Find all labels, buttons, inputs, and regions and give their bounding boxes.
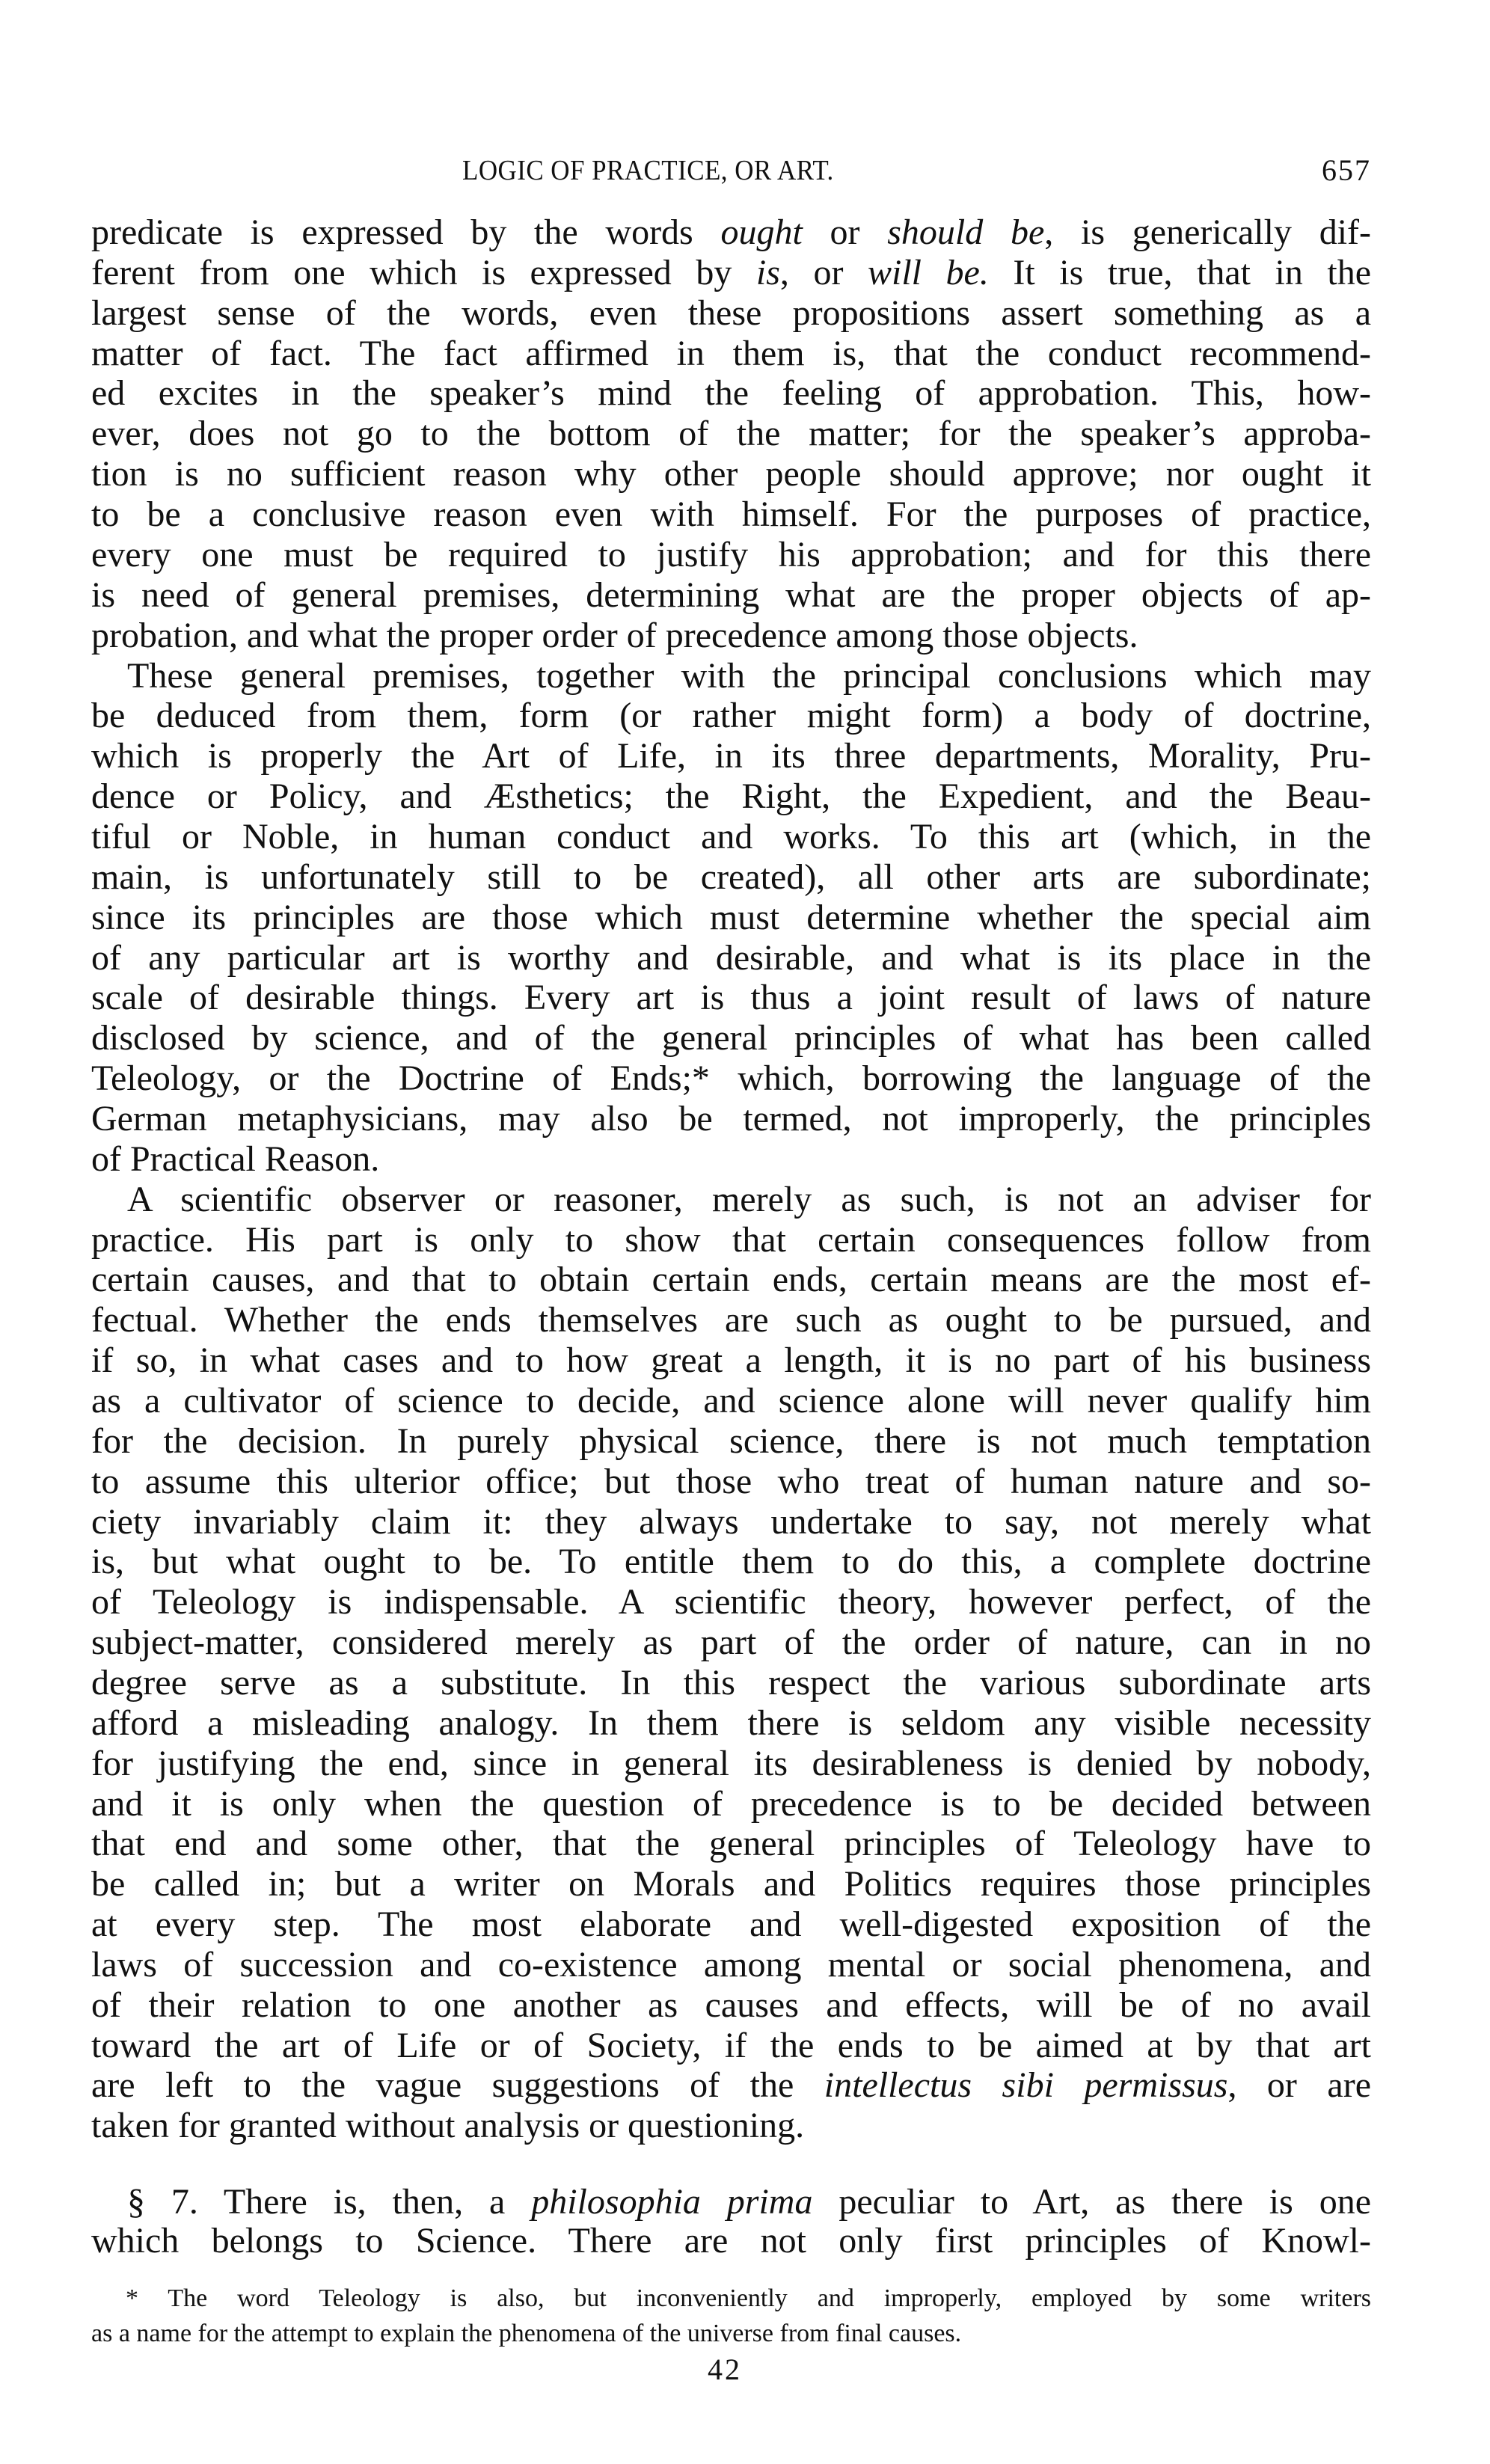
text-line: certain causes, and that to obtain certa… [91,1260,1371,1300]
text-line: predicate is expressed by the words ough… [91,212,1371,253]
text-run: ferent from one which is expressed by [91,253,756,292]
text-line: scale of desirable things. Every art is … [91,978,1371,1018]
text-line: These general premises, together with th… [127,656,1371,696]
text-line: ever, does not go to the bottom of the m… [91,414,1371,454]
text-line: main, is unfortunately still to be creat… [91,857,1371,898]
text-line: dence or Policy, and Æsthetics; the Righ… [91,776,1371,817]
section-mark-run: § 7. There is, then, a [127,2182,531,2222]
text-run: , or are [1227,2065,1371,2105]
text-line: A scientific observer or reasoner, merel… [127,1180,1371,1220]
text-line: for the decision. In purely physical sci… [91,1421,1371,1462]
text-run: peculiar to Art, as there is one [812,2182,1371,2222]
text-line: ciety invariably claim it: they always u… [91,1502,1371,1542]
text-line: disclosed by science, and of the general… [91,1018,1371,1058]
text-line: tiful or Noble, in human conduct and wor… [91,817,1371,857]
text-line: practice. His part is only to show that … [91,1220,1371,1260]
italic-run: should be [887,212,1044,252]
text-line: taken for granted without analysis or qu… [91,2106,1371,2146]
text-line: which is properly the Art of Life, in it… [91,736,1371,776]
text-line: ferent from one which is expressed by is… [91,253,1371,293]
italic-run: intellectus sibi permissus [824,2065,1228,2105]
text-run: , or [780,253,868,292]
book-page: LOGIC OF PRACTICE, OR ART. 657 predicate… [0,0,1490,2464]
text-line: is, but what ought to be. To entitle the… [91,1542,1371,1582]
text-run: predicate is expressed by the words [91,212,720,252]
signature-mark: 42 [708,2353,742,2386]
page-number: 657 [1322,152,1371,189]
text-line: probation, and what the proper order of … [91,616,1371,656]
italic-run: ought [720,212,802,252]
text-line: every one must be required to justify hi… [91,535,1371,575]
text-line: of any particular art is worthy and desi… [91,938,1371,978]
text-line: § 7. There is, then, a philosophia prima… [127,2182,1371,2222]
text-line: toward the art of Life or of Society, if… [91,2026,1371,2066]
text-line: degree serve as a substitute. In this re… [91,1663,1371,1703]
text-run: or [803,212,887,252]
footnote-line: * The word Teleology is also, but inconv… [126,2282,1371,2315]
text-line: to assume this ulterior office; but thos… [91,1462,1371,1502]
italic-run: philosophia prima [531,2182,812,2222]
text-line: ed excites in the speaker’s mind the fee… [91,373,1371,414]
text-line: be deduced from them, form (or rather mi… [91,696,1371,736]
text-line: to be a conclusive reason even with hims… [91,494,1371,535]
text-line: as a cultivator of science to decide, an… [91,1381,1371,1421]
text-line: Teleology, or the Doctrine of Ends;* whi… [91,1058,1371,1099]
text-line: of their relation to one another as caus… [91,1985,1371,2026]
text-line: which belongs to Science. There are not … [91,2221,1371,2261]
text-run: It is true, that in the [989,253,1371,292]
text-line: since its principles are those which mus… [91,898,1371,938]
text-line: afford a misleading analogy. In them the… [91,1703,1371,1744]
text-run: are left to the vague suggestions of the [91,2065,824,2105]
text-line: if so, in what cases and to how great a … [91,1340,1371,1381]
text-line: at every step. The most elaborate and we… [91,1904,1371,1945]
text-line: tion is no sufficient reason why other p… [91,454,1371,494]
text-line: laws of succession and co-existence amon… [91,1945,1371,1985]
text-line: are left to the vague suggestions of the… [91,2065,1371,2106]
text-line: is need of general premises, determining… [91,575,1371,616]
text-line: subject-matter, considered merely as par… [91,1622,1371,1663]
text-line: that end and some other, that the genera… [91,1824,1371,1864]
text-line: of Teleology is indispensable. A scienti… [91,1582,1371,1622]
text-line: and it is only when the question of prec… [91,1784,1371,1824]
text-line: fectual. Whether the ends themselves are… [91,1300,1371,1340]
running-head: LOGIC OF PRACTICE, OR ART. 657 [0,152,1490,189]
italic-run: is [756,253,780,292]
text-line: for justifying the end, since in general… [91,1744,1371,1784]
text-line: matter of fact. The fact affirmed in the… [91,334,1371,374]
text-line: largest sense of the words, even these p… [91,293,1371,334]
text-line: be called in; but a writer on Morals and… [91,1864,1371,1904]
footnote-line: as a name for the attempt to explain the… [91,2317,1371,2350]
text-run: , is generically dif- [1044,212,1371,252]
running-head-title: LOGIC OF PRACTICE, OR ART. [462,152,806,189]
text-line: German metaphysicians, may also be terme… [91,1099,1371,1139]
italic-run: will be. [868,253,989,292]
text-line: of Practical Reason. [91,1139,1371,1180]
